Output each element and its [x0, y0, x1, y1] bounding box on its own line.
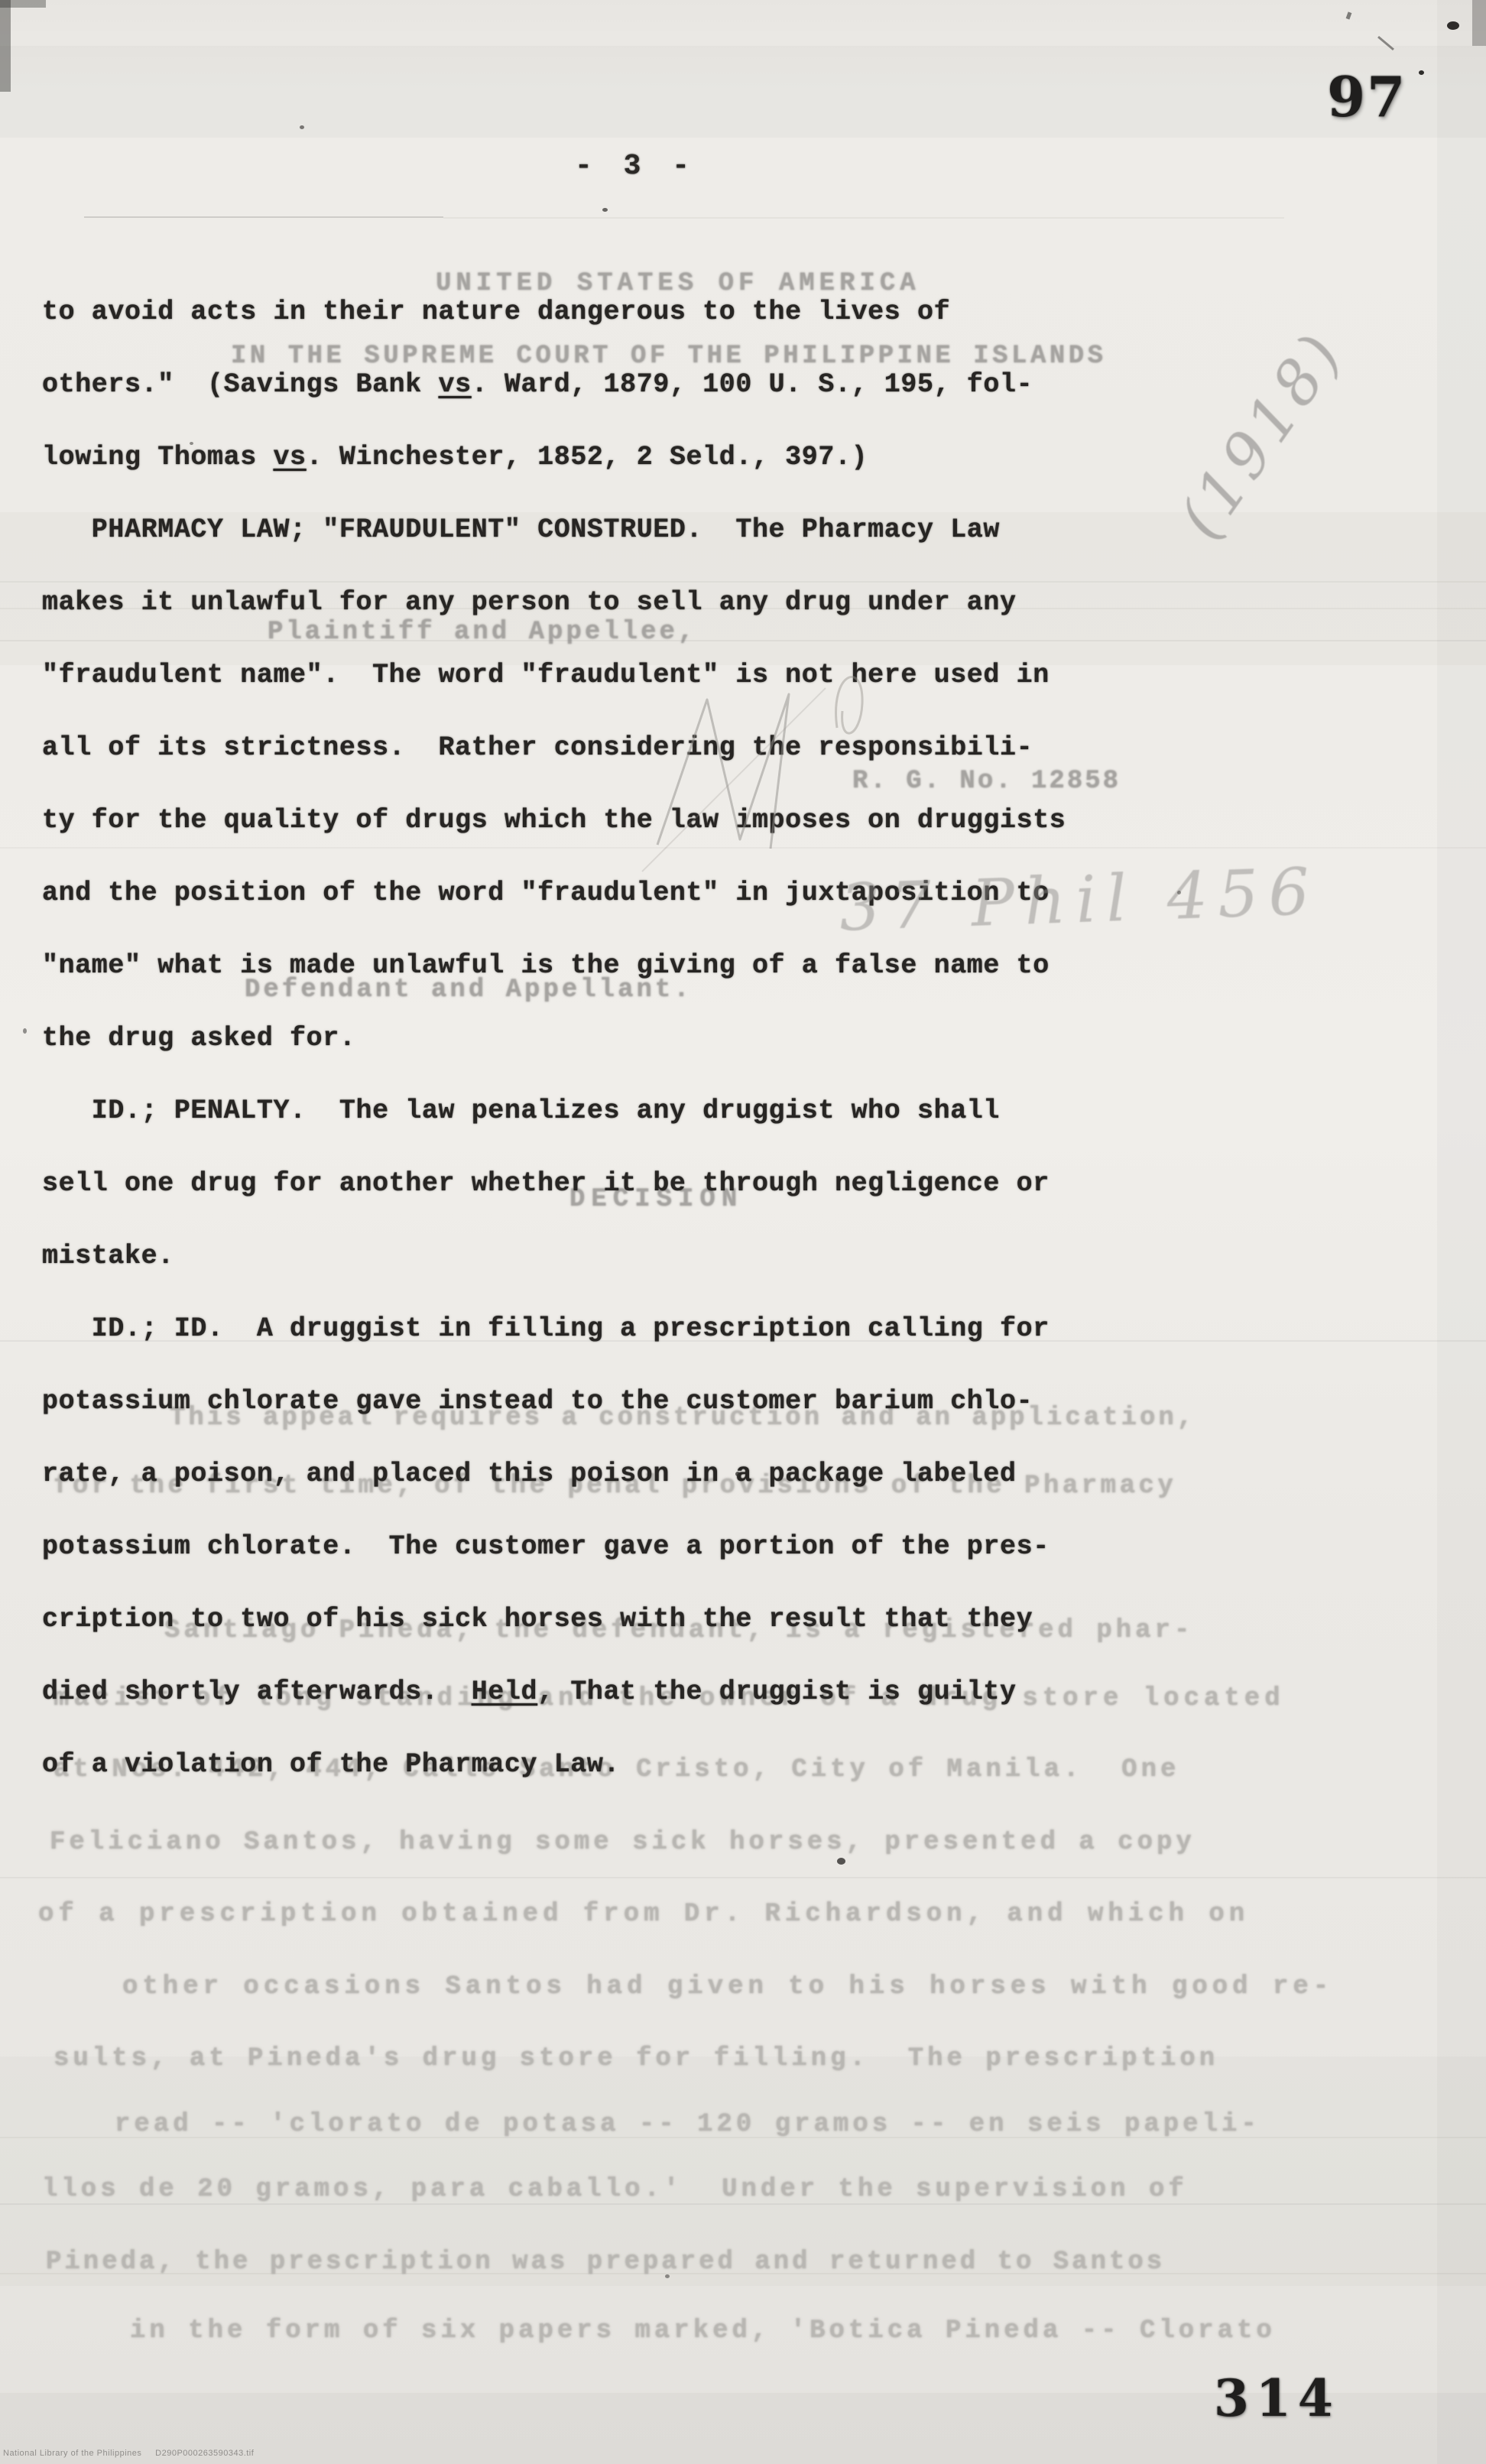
typewritten-line: potassium chlorate. The customer gave a …: [42, 1531, 1050, 1562]
typewritten-line: rate, a poison, and placed this poison i…: [42, 1459, 1017, 1489]
scan-watermark: National Library of the Philippines D290…: [3, 2449, 254, 2458]
typed-text: to avoid acts in their nature dangerous …: [0, 0, 1486, 2464]
typewritten-line: ID.; ID. A druggist in filling a prescri…: [42, 1313, 1050, 1344]
scan-page: 97 - 3 - 314 UNITED STATES OF AMERICAIN …: [0, 0, 1486, 2464]
typewritten-line: to avoid acts in their nature dangerous …: [42, 297, 950, 327]
typewritten-line: others." (Savings Bank vs. Ward, 1879, 1…: [42, 369, 1033, 400]
typewritten-line: died shortly afterwards. Held, That the …: [42, 1677, 1017, 1707]
typewritten-line: lowing Thomas vs. Winchester, 1852, 2 Se…: [42, 442, 868, 472]
typewritten-line: and the position of the word "fraudulent…: [42, 878, 1050, 908]
typewritten-line: cription to two of his sick horses with …: [42, 1604, 1033, 1635]
typewritten-line: "fraudulent name". The word "fraudulent"…: [42, 660, 1050, 690]
typewritten-line: ID.; PENALTY. The law penalizes any drug…: [42, 1096, 1000, 1126]
typewritten-line: PHARMACY LAW; "FRAUDULENT" CONSTRUED. Th…: [42, 515, 1000, 545]
typewritten-line: mistake.: [42, 1241, 174, 1271]
typewritten-line: potassium chlorate gave instead to the c…: [42, 1386, 1033, 1417]
typewritten-line: makes it unlawful for any person to sell…: [42, 587, 1017, 618]
typewritten-line: all of its strictness. Rather considerin…: [42, 732, 1033, 763]
typewritten-line: sell one drug for another whether it be …: [42, 1168, 1050, 1199]
typewritten-line: ty for the quality of drugs which the la…: [42, 805, 1066, 836]
typewritten-line: "name" what is made unlawful is the givi…: [42, 950, 1050, 981]
typewritten-line: the drug asked for.: [42, 1023, 355, 1053]
typewritten-line: of a violation of the Pharmacy Law.: [42, 1749, 620, 1780]
